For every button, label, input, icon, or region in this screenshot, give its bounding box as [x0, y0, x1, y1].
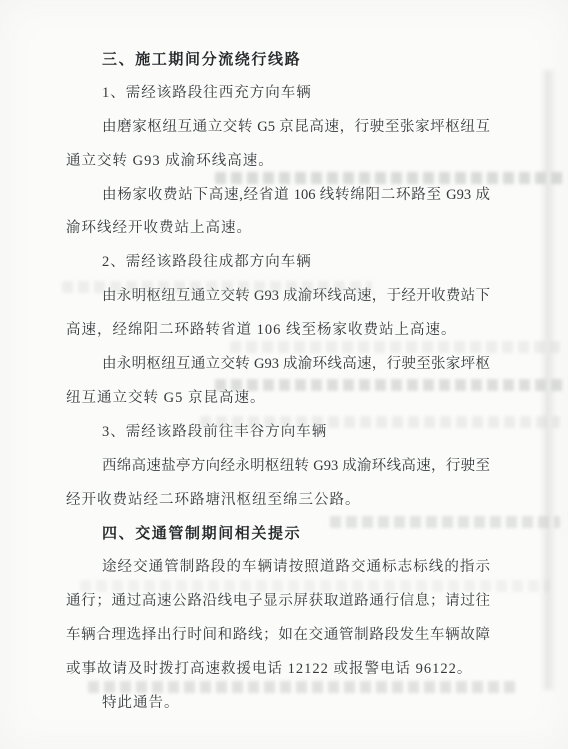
doc-line: 1、需经该路段往西充方向车辆	[66, 77, 490, 111]
notice-body: 三、施工期间分流绕行线路 1、需经该路段往西充方向车辆 由磨家枢纽互通立交转 G…	[66, 43, 490, 721]
doc-line: 由杨家收费站下高速,经省道 106 线转绵阳二环路至 G93 成	[66, 179, 490, 213]
doc-line: 或事故请及时拨打高速救援电话 12122 或报警电话 96122。	[66, 653, 490, 687]
doc-line: 由永明枢纽互通立交转 G93 成渝环线高速，于经开收费站下	[66, 280, 490, 314]
doc-line: 特此通告。	[66, 687, 490, 721]
doc-line: 2、需经该路段往成都方向车辆	[66, 246, 490, 280]
doc-line: 途经交通管制路段的车辆请按照道路交通标志标线的指示	[66, 551, 490, 585]
doc-line: 纽互通立交转 G5 京昆高速。	[66, 382, 490, 416]
section-heading-4: 四、交通管制期间相关提示	[66, 517, 490, 551]
doc-line: 由磨家枢纽互通立交转 G5 京昆高速，行驶至张家坪枢纽互	[66, 111, 490, 145]
doc-line: 高速，经绵阳二环路转省道 106 线至杨家收费站上高速。	[66, 314, 490, 348]
document-page: 三、施工期间分流绕行线路 1、需经该路段往西充方向车辆 由磨家枢纽互通立交转 G…	[0, 0, 568, 749]
doc-line: 西绵高速盐亭方向经永明枢纽转 G93 成渝环线高速，行驶至	[66, 450, 490, 484]
doc-line: 车辆合理选择出行时间和路线；如在交通管制路段发生车辆故障	[66, 619, 490, 653]
doc-line: 通立交转 G93 成渝环线高速。	[66, 145, 490, 179]
doc-line: 3、需经该路段前往丰谷方向车辆	[66, 416, 490, 450]
doc-line: 渝环线经开收费站上高速。	[66, 212, 490, 246]
doc-line: 由永明枢纽互通立交转 G93 成渝环线高速，行驶至张家坪枢	[66, 348, 490, 382]
doc-line: 经开收费站经二环路塘汛枢纽至绵三公路。	[66, 484, 490, 518]
doc-line: 通行；通过高速公路沿线电子显示屏获取道路通行信息；请过往	[66, 585, 490, 619]
scan-streak	[541, 70, 556, 690]
section-heading-3: 三、施工期间分流绕行线路	[66, 43, 490, 77]
